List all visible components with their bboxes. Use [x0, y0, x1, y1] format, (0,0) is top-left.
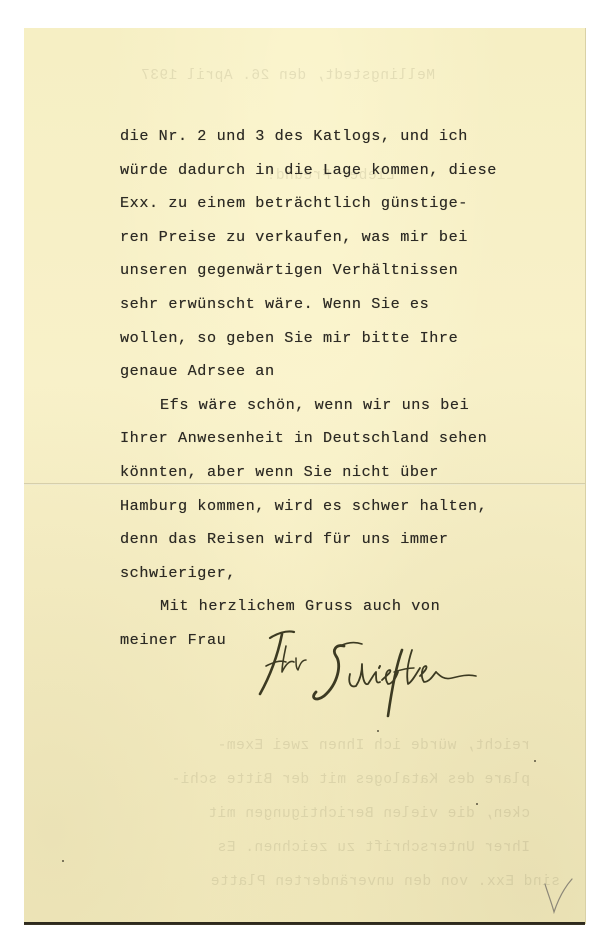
- paper-speck: [377, 730, 379, 732]
- letter-line: genaue Adrsee an: [120, 355, 497, 389]
- letter-line: würde dadurch in die Lage kommen, diese: [120, 154, 497, 188]
- letter-page: Mellingstedt, den 26. April 1937 Lieber …: [24, 28, 585, 924]
- paper-speck: [62, 860, 64, 862]
- letter-line: Hamburg kommen, wird es schwer halten,: [120, 490, 497, 524]
- paper-speck: [476, 803, 478, 805]
- letter-line: unseren gegenwärtigen Verhältnissen: [120, 254, 497, 288]
- letter-line: könnten, aber wenn Sie nicht über: [120, 456, 497, 490]
- letter-line: sehr erwünscht wäre. Wenn Sie es: [120, 288, 497, 322]
- pencil-check-mark: V: [542, 876, 574, 916]
- letter-line: Exx. zu einem beträchtlich günstige-: [120, 187, 497, 221]
- letter-line: wollen, so geben Sie mir bitte Ihre: [120, 322, 497, 356]
- letter-line: denn das Reisen wird für uns immer: [120, 523, 497, 557]
- letter-line: Efs wäre schön, wenn wir uns bei: [120, 389, 497, 423]
- bleed-line: sind Exx. von den unveränderten Platte: [210, 874, 560, 890]
- letter-line: schwieriger,: [120, 557, 497, 591]
- bleed-line: Ihrer Unterschrift zu zeichnen. Es: [217, 840, 530, 856]
- letter-line: Ihrer Anwesenheit in Deutschland sehen: [120, 422, 497, 456]
- bleed-line: cken, die vielen Berichtigungen mit: [208, 806, 530, 822]
- bleed-line: Mellingstedt, den 26. April 1937: [141, 68, 435, 84]
- letter-line: ren Preise zu verkaufen, was mir bei: [120, 221, 497, 255]
- letter-body: die Nr. 2 und 3 des Katlogs, und ich wür…: [120, 120, 497, 658]
- bleed-line: plare des Kataloges mit der Bitte schi-: [171, 772, 530, 788]
- letter-line: die Nr. 2 und 3 des Katlogs, und ich: [120, 120, 497, 154]
- handwritten-signature: Ihr Schiefler: [252, 616, 482, 728]
- paper-speck: [534, 760, 536, 762]
- bleed-line: reicht, würde ich Ihnen zwei Exem-: [217, 738, 530, 754]
